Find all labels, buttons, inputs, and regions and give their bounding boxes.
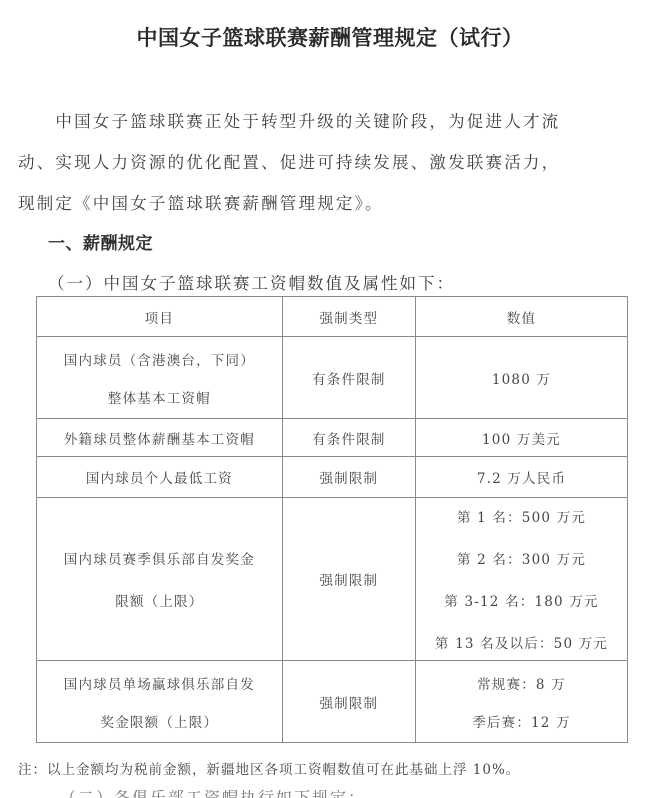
table-header-row: 项目 强制类型 数值 [37, 297, 628, 337]
header-type: 强制类型 [282, 297, 415, 337]
cell-item: 国内球员（含港澳台，下同） 整体基本工资帽 [37, 337, 283, 419]
cell-type: 强制限制 [282, 661, 415, 743]
cell-value: 常规赛：8 万 季后赛：12 万 [416, 661, 628, 743]
cell-item: 国内球员赛季俱乐部自发奖金 限额（上限） [37, 498, 283, 661]
table-row: 国内球员赛季俱乐部自发奖金 限额（上限） 强制限制 第 1 名：500 万元 第… [37, 498, 628, 661]
table-row: 国内球员单场赢球俱乐部自发 奖金限额（上限） 强制限制 常规赛：8 万 季后赛：… [37, 661, 628, 743]
table-row: 国内球员个人最低工资 强制限制 7.2 万人民币 [37, 457, 628, 498]
cell-item: 国内球员单场赢球俱乐部自发 奖金限额（上限） [37, 661, 283, 743]
cell-type: 有条件限制 [282, 337, 415, 419]
cell-value: 7.2 万人民币 [416, 457, 628, 498]
cell-value: 1080 万 [416, 337, 628, 419]
cell-type: 强制限制 [282, 457, 415, 498]
section-heading: 一、薪酬规定 [48, 229, 153, 254]
intro-line-1: 中国女子篮球联赛正处于转型升级的关键阶段，为促进人才流 [18, 108, 648, 132]
cell-type: 有条件限制 [282, 419, 415, 457]
cell-value: 第 1 名：500 万元 第 2 名：300 万元 第 3-12 名：180 万… [416, 498, 628, 661]
cell-value: 100 万美元 [416, 419, 628, 457]
table-row: 外籍球员整体薪酬基本工资帽 有条件限制 100 万美元 [37, 419, 628, 457]
intro-line-3: 现制定《中国女子篮球联赛薪酬管理规定》。 [18, 190, 648, 214]
header-item: 项目 [37, 297, 283, 337]
cell-type: 强制限制 [282, 498, 415, 661]
cell-item: 外籍球员整体薪酬基本工资帽 [37, 419, 283, 457]
cutoff-next-line: （二）各俱乐部工资帽执行如下规定： [60, 790, 366, 798]
cell-item: 国内球员个人最低工资 [37, 457, 283, 498]
header-value: 数值 [416, 297, 628, 337]
intro-line-2: 动、实现人力资源的优化配置、促进可持续发展、激发联赛活力， [18, 149, 648, 173]
subsection-heading: （一）中国女子篮球联赛工资帽数值及属性如下： [48, 270, 455, 294]
table-note: 注：以上金额均为税前金额，新疆地区各项工资帽数值可在此基础上浮 10%。 [18, 758, 520, 778]
salary-cap-table: 项目 强制类型 数值 国内球员（含港澳台，下同） 整体基本工资帽 有条件限制 1… [36, 296, 628, 743]
table-row: 国内球员（含港澳台，下同） 整体基本工资帽 有条件限制 1080 万 [37, 337, 628, 419]
document-title: 中国女子篮球联赛薪酬管理规定（试行） [0, 22, 660, 52]
